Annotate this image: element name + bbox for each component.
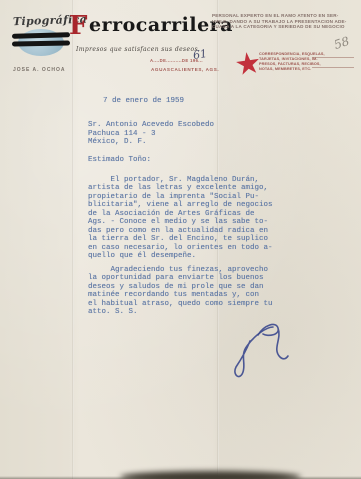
handwritten-date-number: 61 (192, 47, 208, 62)
letterhead-city-line: AGUASCALIENTES, AGS. (151, 67, 219, 72)
fold-crease-left (72, 0, 74, 479)
signature-stroke-left (235, 327, 273, 376)
salutation: Estimado Toño: (88, 156, 151, 164)
letterhead-rule-bottom (312, 67, 354, 68)
body-paragraph-2: Agradeciendo tus finezas, aprovecho la o… (88, 266, 288, 317)
red-star-icon (234, 50, 261, 77)
logo-bar-bottom (12, 40, 70, 46)
recipient-address-block: Sr. Antonio Acevedo Escobedo Pachuca 114… (88, 121, 214, 147)
signature-flourish (220, 315, 294, 385)
scanned-letter-page: Tipográfica JOSE A. OCHOA Ferrocarrilera… (0, 0, 361, 479)
printshop-logo (16, 27, 66, 57)
signature-stroke-right (258, 324, 288, 358)
letterhead-rule-top (312, 57, 354, 58)
letterhead-motto-block: PERSONAL EXPERTO EN EL RAMO ATENTO EN SE… (212, 13, 359, 30)
letterhead-owner-name: JOSE A. OCHOA (13, 67, 66, 73)
letterhead-services-list: CORRESPONDENCIA, ESQUELAS, TARJETAS, INV… (259, 52, 329, 72)
letterhead-brand-title: Ferrocarrilera (69, 11, 233, 41)
typed-date: 7 de enero de 1959 (103, 97, 184, 105)
pencil-archive-number: 58 (332, 34, 351, 52)
letterhead-slogan: Impresos que satisfacen sus deseos. (76, 46, 200, 53)
body-paragraph-1: El portador, Sr. Magdaleno Durán, artist… (88, 176, 288, 261)
brand-initial-letter: F (69, 11, 88, 41)
